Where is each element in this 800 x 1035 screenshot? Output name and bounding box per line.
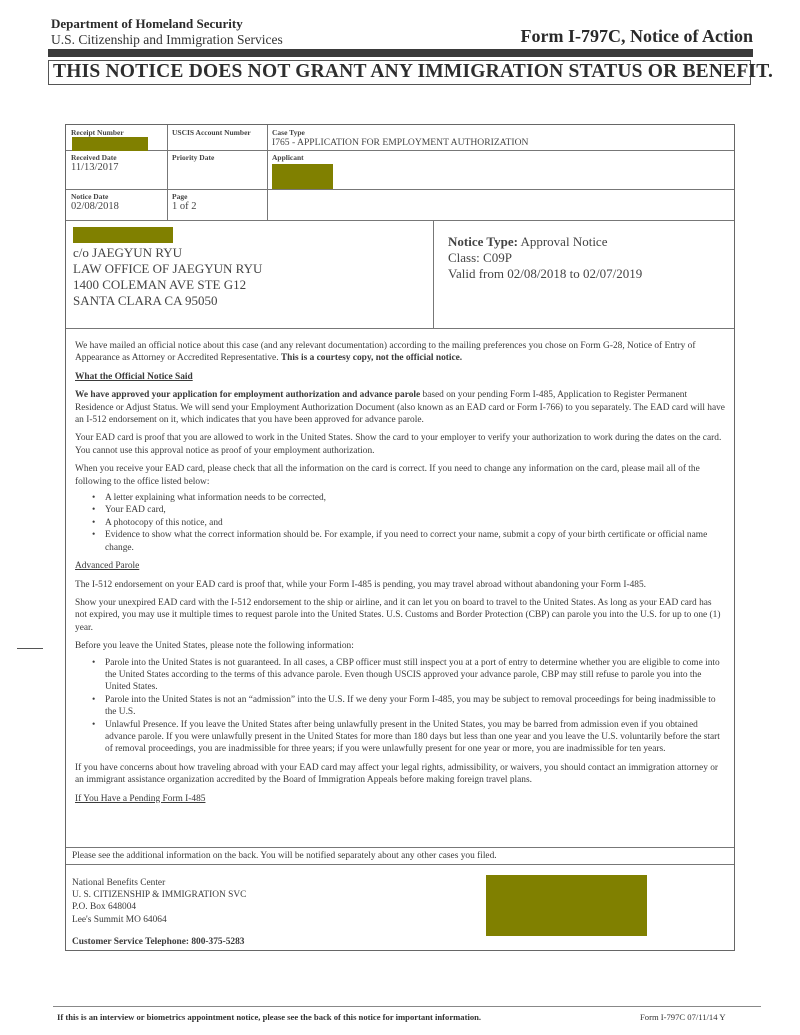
when-receive-paragraph: When you receive your EAD card, please c… xyxy=(75,463,725,488)
case-type-value: I765 - APPLICATION FOR EMPLOYMENT AUTHOR… xyxy=(272,137,528,148)
agency-name: U.S. Citizenship and Immigration Service… xyxy=(51,32,283,48)
address-line: c/o JAEGYUN RYU xyxy=(73,245,262,261)
address-line: SANTA CLARA CA 95050 xyxy=(73,293,262,309)
header-divider-bar xyxy=(48,49,753,57)
see-back-note: Please see the additional information on… xyxy=(72,851,497,861)
footer-divider xyxy=(53,1006,761,1007)
list-item: A photocopy of this notice, and xyxy=(105,517,725,529)
case-type-label: Case Type xyxy=(272,128,305,137)
page-label: Page xyxy=(172,192,187,201)
recipient-name-redacted xyxy=(73,227,173,243)
notice-validity: Valid from 02/08/2018 to 02/07/2019 xyxy=(448,266,642,282)
footer-form-id: Form I-797C 07/11/14 Y xyxy=(640,1012,726,1022)
before-leave-paragraph: Before you leave the United States, plea… xyxy=(75,640,725,652)
notice-details: Notice Type: Approval Notice Class: C09P… xyxy=(448,234,642,282)
i512-paragraph: The I-512 endorsement on your EAD card i… xyxy=(75,579,725,591)
applicant-redacted xyxy=(272,164,333,189)
section-divider xyxy=(66,328,734,329)
received-date-label: Received Date xyxy=(71,153,117,162)
mail-items-list: A letter explaining what information nee… xyxy=(75,492,725,554)
table-divider xyxy=(66,220,734,221)
priority-date-label: Priority Date xyxy=(172,153,214,162)
list-item: Parole into the United States is not an … xyxy=(105,694,725,719)
travel-items-list: Parole into the United States is not gua… xyxy=(75,657,725,756)
office-line: U. S. CITIZENSHIP & IMMIGRATION SVC xyxy=(72,889,246,901)
notice-form: Receipt Number USCIS Account Number Case… xyxy=(65,124,735,951)
intro-paragraph: We have mailed an official notice about … xyxy=(75,340,725,365)
list-item: Unlawful Presence. If you leave the Unit… xyxy=(105,719,725,756)
barcode-redacted xyxy=(486,875,647,936)
warning-banner: THIS NOTICE DOES NOT GRANT ANY IMMIGRATI… xyxy=(48,60,751,85)
receipt-number-label: Receipt Number xyxy=(71,128,124,137)
warning-text: THIS NOTICE DOES NOT GRANT ANY IMMIGRATI… xyxy=(53,61,773,83)
list-item: Your EAD card, xyxy=(105,504,725,516)
office-line: Lee's Summit MO 64064 xyxy=(72,914,246,926)
notice-class: Class: C09P xyxy=(448,250,642,266)
table-divider xyxy=(267,125,268,220)
section-heading-advanced-parole: Advanced Parole xyxy=(75,560,725,572)
form-title: Form I-797C, Notice of Action xyxy=(521,26,753,47)
ead-proof-paragraph: Your EAD card is proof that you are allo… xyxy=(75,432,725,457)
section-heading-pending-i485: If You Have a Pending Form I-485 xyxy=(75,793,725,805)
mailing-address: c/o JAEGYUN RYU LAW OFFICE OF JAEGYUN RY… xyxy=(73,245,262,309)
address-line: 1400 COLEMAN AVE STE G12 xyxy=(73,277,262,293)
notice-body: We have mailed an official notice about … xyxy=(75,340,725,811)
notice-date-label: Notice Date xyxy=(71,192,108,201)
section-divider xyxy=(66,864,734,865)
service-center-address: National Benefits Center U. S. CITIZENSH… xyxy=(72,877,246,926)
customer-service-phone: Customer Service Telephone: 800-375-5283 xyxy=(72,937,244,947)
office-line: P.O. Box 648004 xyxy=(72,901,246,913)
concerns-paragraph: If you have concerns about how traveling… xyxy=(75,762,725,787)
show-card-paragraph: Show your unexpired EAD card with the I-… xyxy=(75,597,725,634)
section-divider xyxy=(66,847,734,848)
receipt-number-redacted xyxy=(72,137,148,151)
section-heading-official-notice: What the Official Notice Said xyxy=(75,371,725,383)
list-item: Parole into the United States is not gua… xyxy=(105,657,725,694)
notice-date-value: 02/08/2018 xyxy=(71,201,119,212)
table-divider xyxy=(167,125,168,220)
uscis-account-number-label: USCIS Account Number xyxy=(172,128,251,137)
office-line: National Benefits Center xyxy=(72,877,246,889)
margin-mark xyxy=(17,648,43,649)
department-name: Department of Homeland Security xyxy=(51,16,243,32)
notice-type-value: Approval Notice xyxy=(520,234,607,249)
approval-paragraph: We have approved your application for em… xyxy=(75,389,725,426)
page-value: 1 of 2 xyxy=(172,201,197,212)
footer-note: If this is an interview or biometrics ap… xyxy=(57,1012,481,1022)
address-divider xyxy=(433,220,434,328)
address-line: LAW OFFICE OF JAEGYUN RYU xyxy=(73,261,262,277)
notice-type-label: Notice Type: xyxy=(448,234,518,249)
applicant-label: Applicant xyxy=(272,153,304,162)
received-date-value: 11/13/2017 xyxy=(71,162,118,173)
list-item: Evidence to show what the correct inform… xyxy=(105,529,725,554)
list-item: A letter explaining what information nee… xyxy=(105,492,725,504)
